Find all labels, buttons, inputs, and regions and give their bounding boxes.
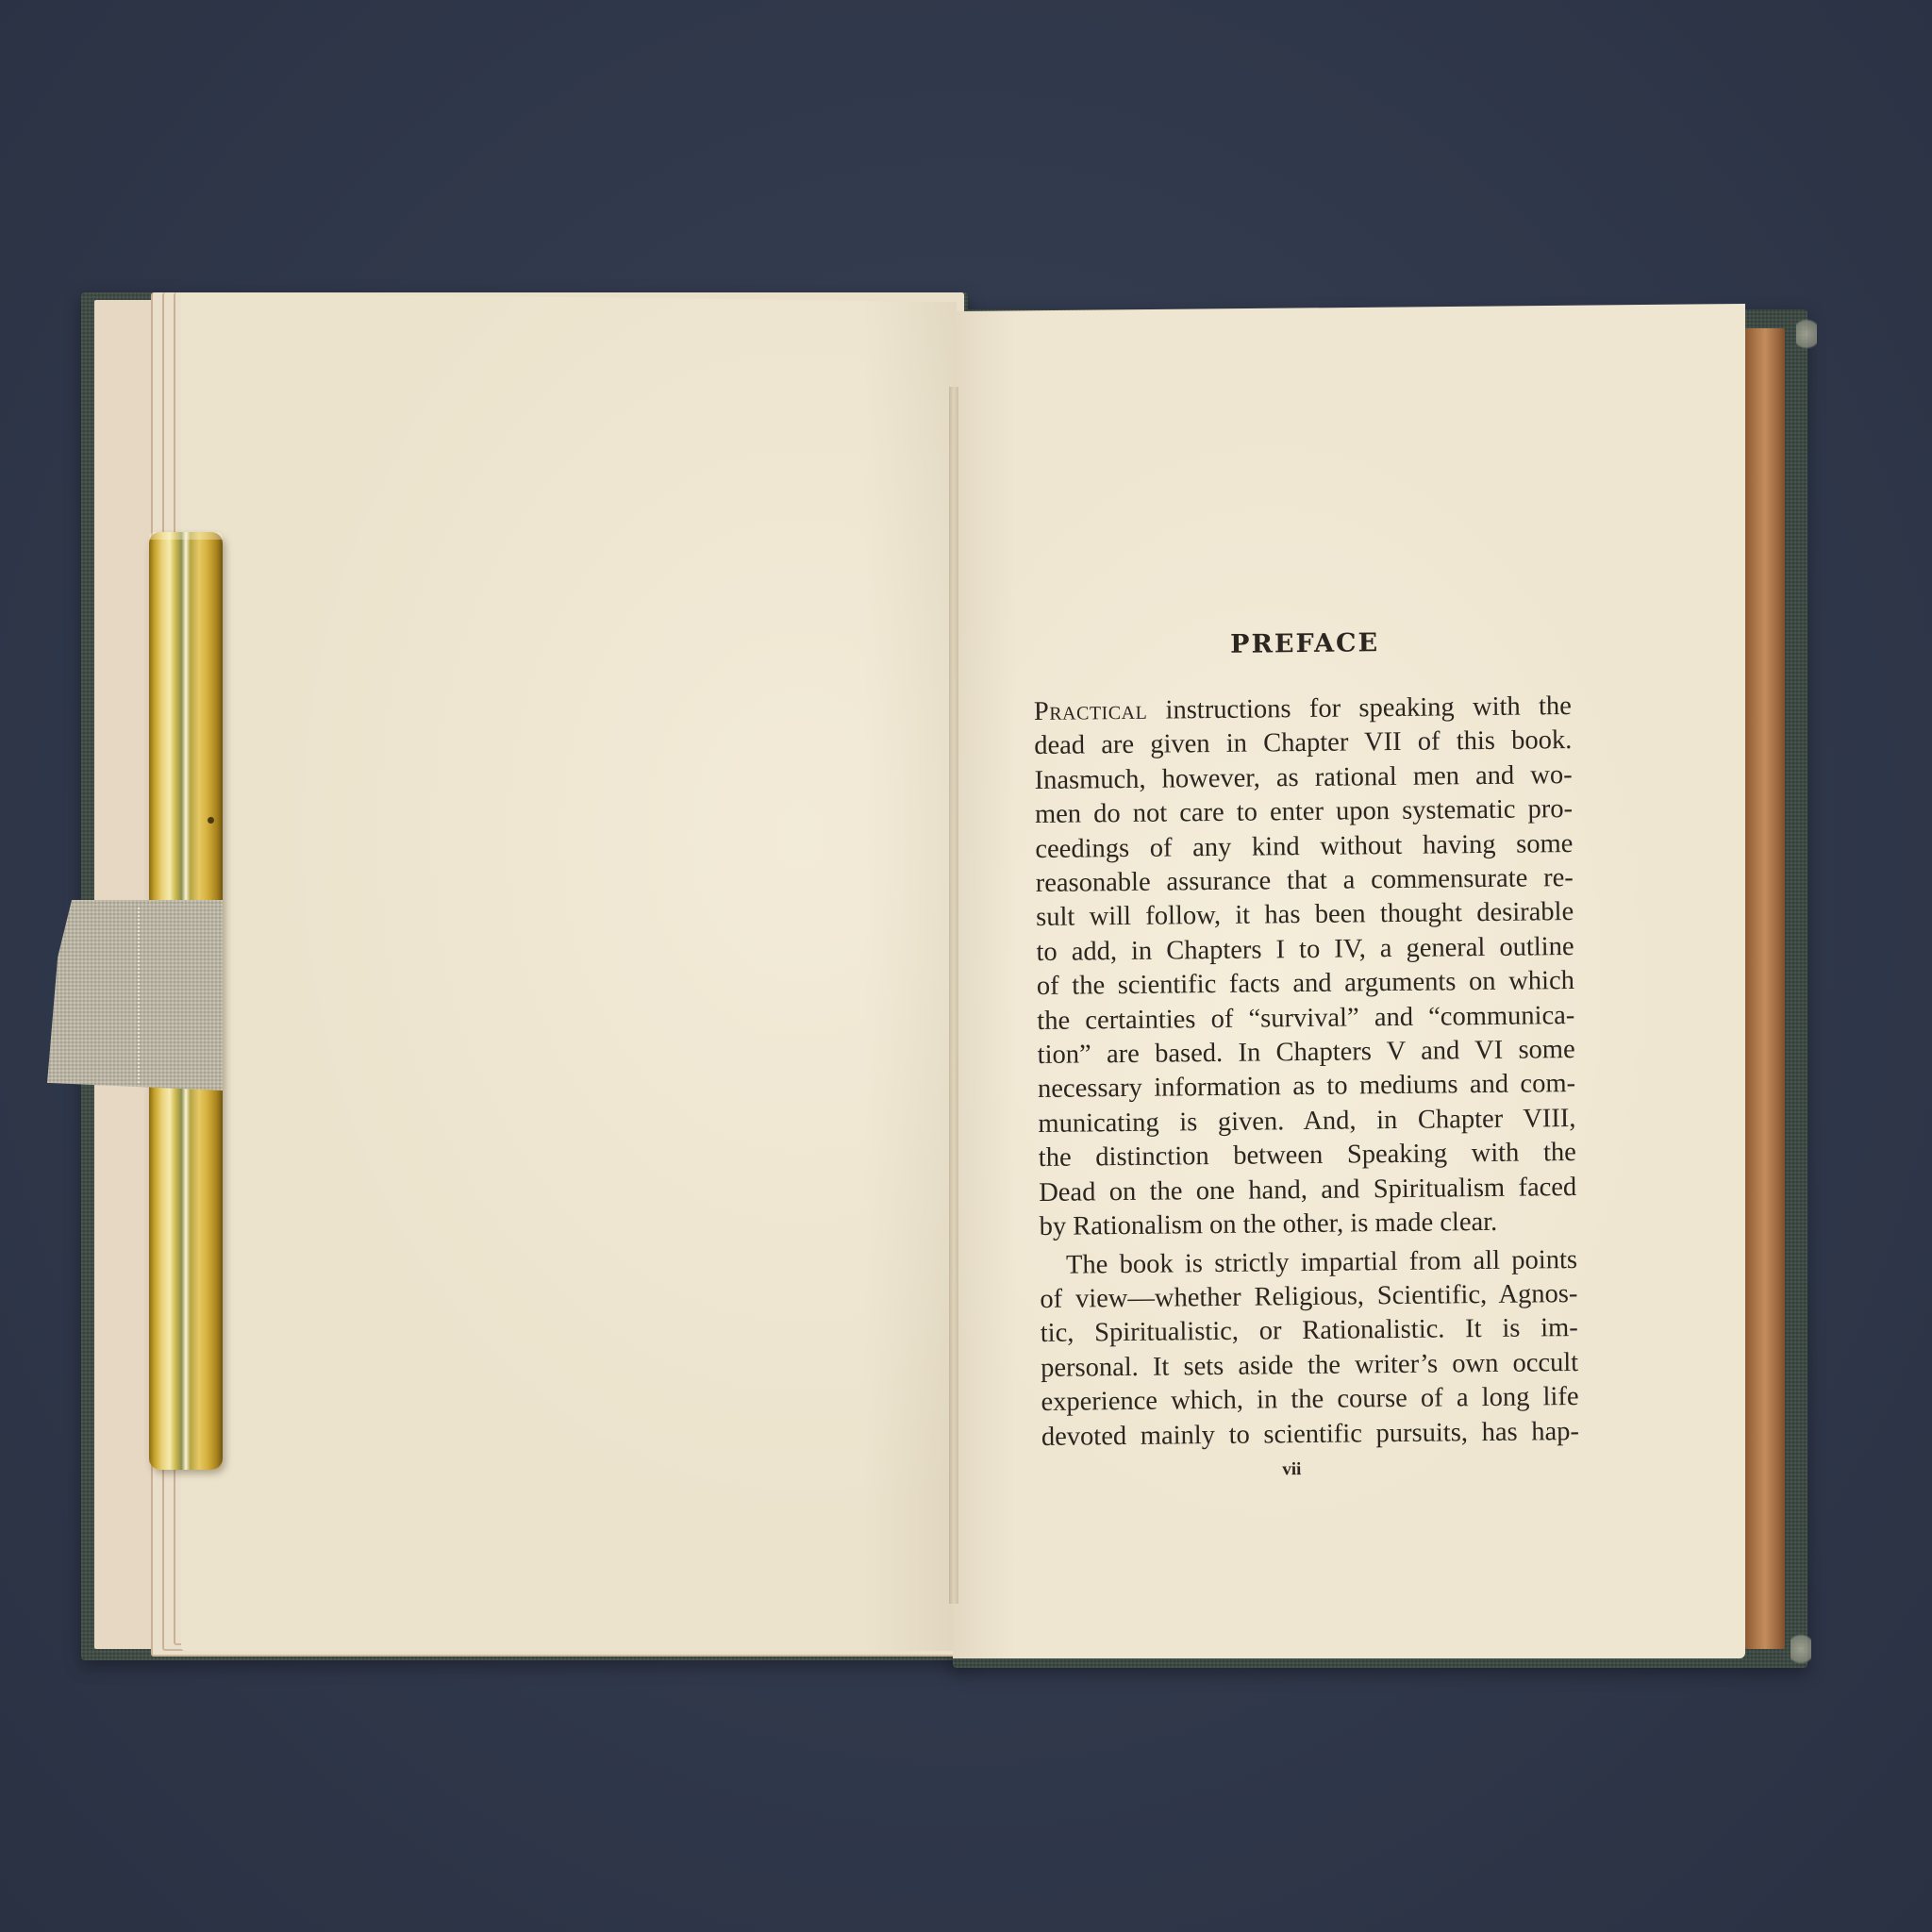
text-line: tic, Spiritualistic, or Rationalistic. I…: [1041, 1311, 1578, 1351]
text-line: experience which, in the course of a lon…: [1041, 1380, 1578, 1420]
cover-fray-bottom-right: [1790, 1630, 1811, 1668]
cover-fray-top-right: [1796, 315, 1817, 353]
text-line: to add, in Chapters I to IV, a general o…: [1036, 930, 1574, 970]
pen-mark: [208, 817, 214, 824]
text-line: personal. It sets aside the writer’s own…: [1041, 1346, 1578, 1386]
text-line: The book is strictly impartial from all …: [1040, 1242, 1577, 1282]
text-line: dead are given in Chapter VII of this bo…: [1034, 724, 1572, 763]
lead-smallcaps: Practical: [1034, 696, 1148, 726]
text-line: the certainties of “survival” and “commu…: [1037, 999, 1574, 1039]
text-line: municating is given. And, in Chapter VII…: [1038, 1102, 1575, 1141]
text-line: tion” are based. In Chapters V and VI so…: [1038, 1033, 1575, 1073]
band-stitching: [138, 908, 140, 1083]
pen-cap-highlight: [149, 532, 223, 540]
text-line: of the scientific facts and arguments on…: [1037, 964, 1574, 1004]
text-line: Dead on the one hand, and Spiritualism f…: [1039, 1171, 1576, 1210]
elastic-band-pen-loop: [47, 900, 223, 1091]
text-line: of view—whether Religious, Scientific, A…: [1040, 1277, 1577, 1317]
text-line: ceedings of any kind without having some: [1035, 827, 1573, 867]
preface-text-block: PREFACE Practical instructions for speak…: [1033, 626, 1579, 1483]
paragraph-2: The book is strictly impartial from all …: [1040, 1242, 1579, 1454]
paragraph-1: Practical instructions for speaking with…: [1034, 690, 1577, 1244]
text-line: men do not care to enter upon systematic…: [1035, 792, 1573, 832]
text-line: sult will follow, it has been thought de…: [1036, 895, 1574, 935]
fore-edge: [1745, 328, 1785, 1649]
text-line: devoted mainly to scientific pursuits, h…: [1041, 1415, 1579, 1455]
text-line: Inasmuch, however, as rational men and w…: [1034, 758, 1572, 798]
page-title: PREFACE: [1033, 626, 1571, 661]
left-page-blank: [181, 292, 957, 1651]
text-line: the distinction between Speaking with th…: [1039, 1136, 1576, 1175]
text-line: Practical instructions for speaking with…: [1034, 690, 1572, 729]
spine-gutter: [949, 387, 958, 1604]
text-line: by Rationalism on the other, is made cle…: [1039, 1205, 1576, 1244]
text-line: necessary information as to mediums and …: [1038, 1067, 1575, 1107]
book-photo-scene: PREFACE Practical instructions for speak…: [0, 0, 1932, 1932]
text-line: reasonable assurance that a commensurate…: [1036, 861, 1574, 901]
